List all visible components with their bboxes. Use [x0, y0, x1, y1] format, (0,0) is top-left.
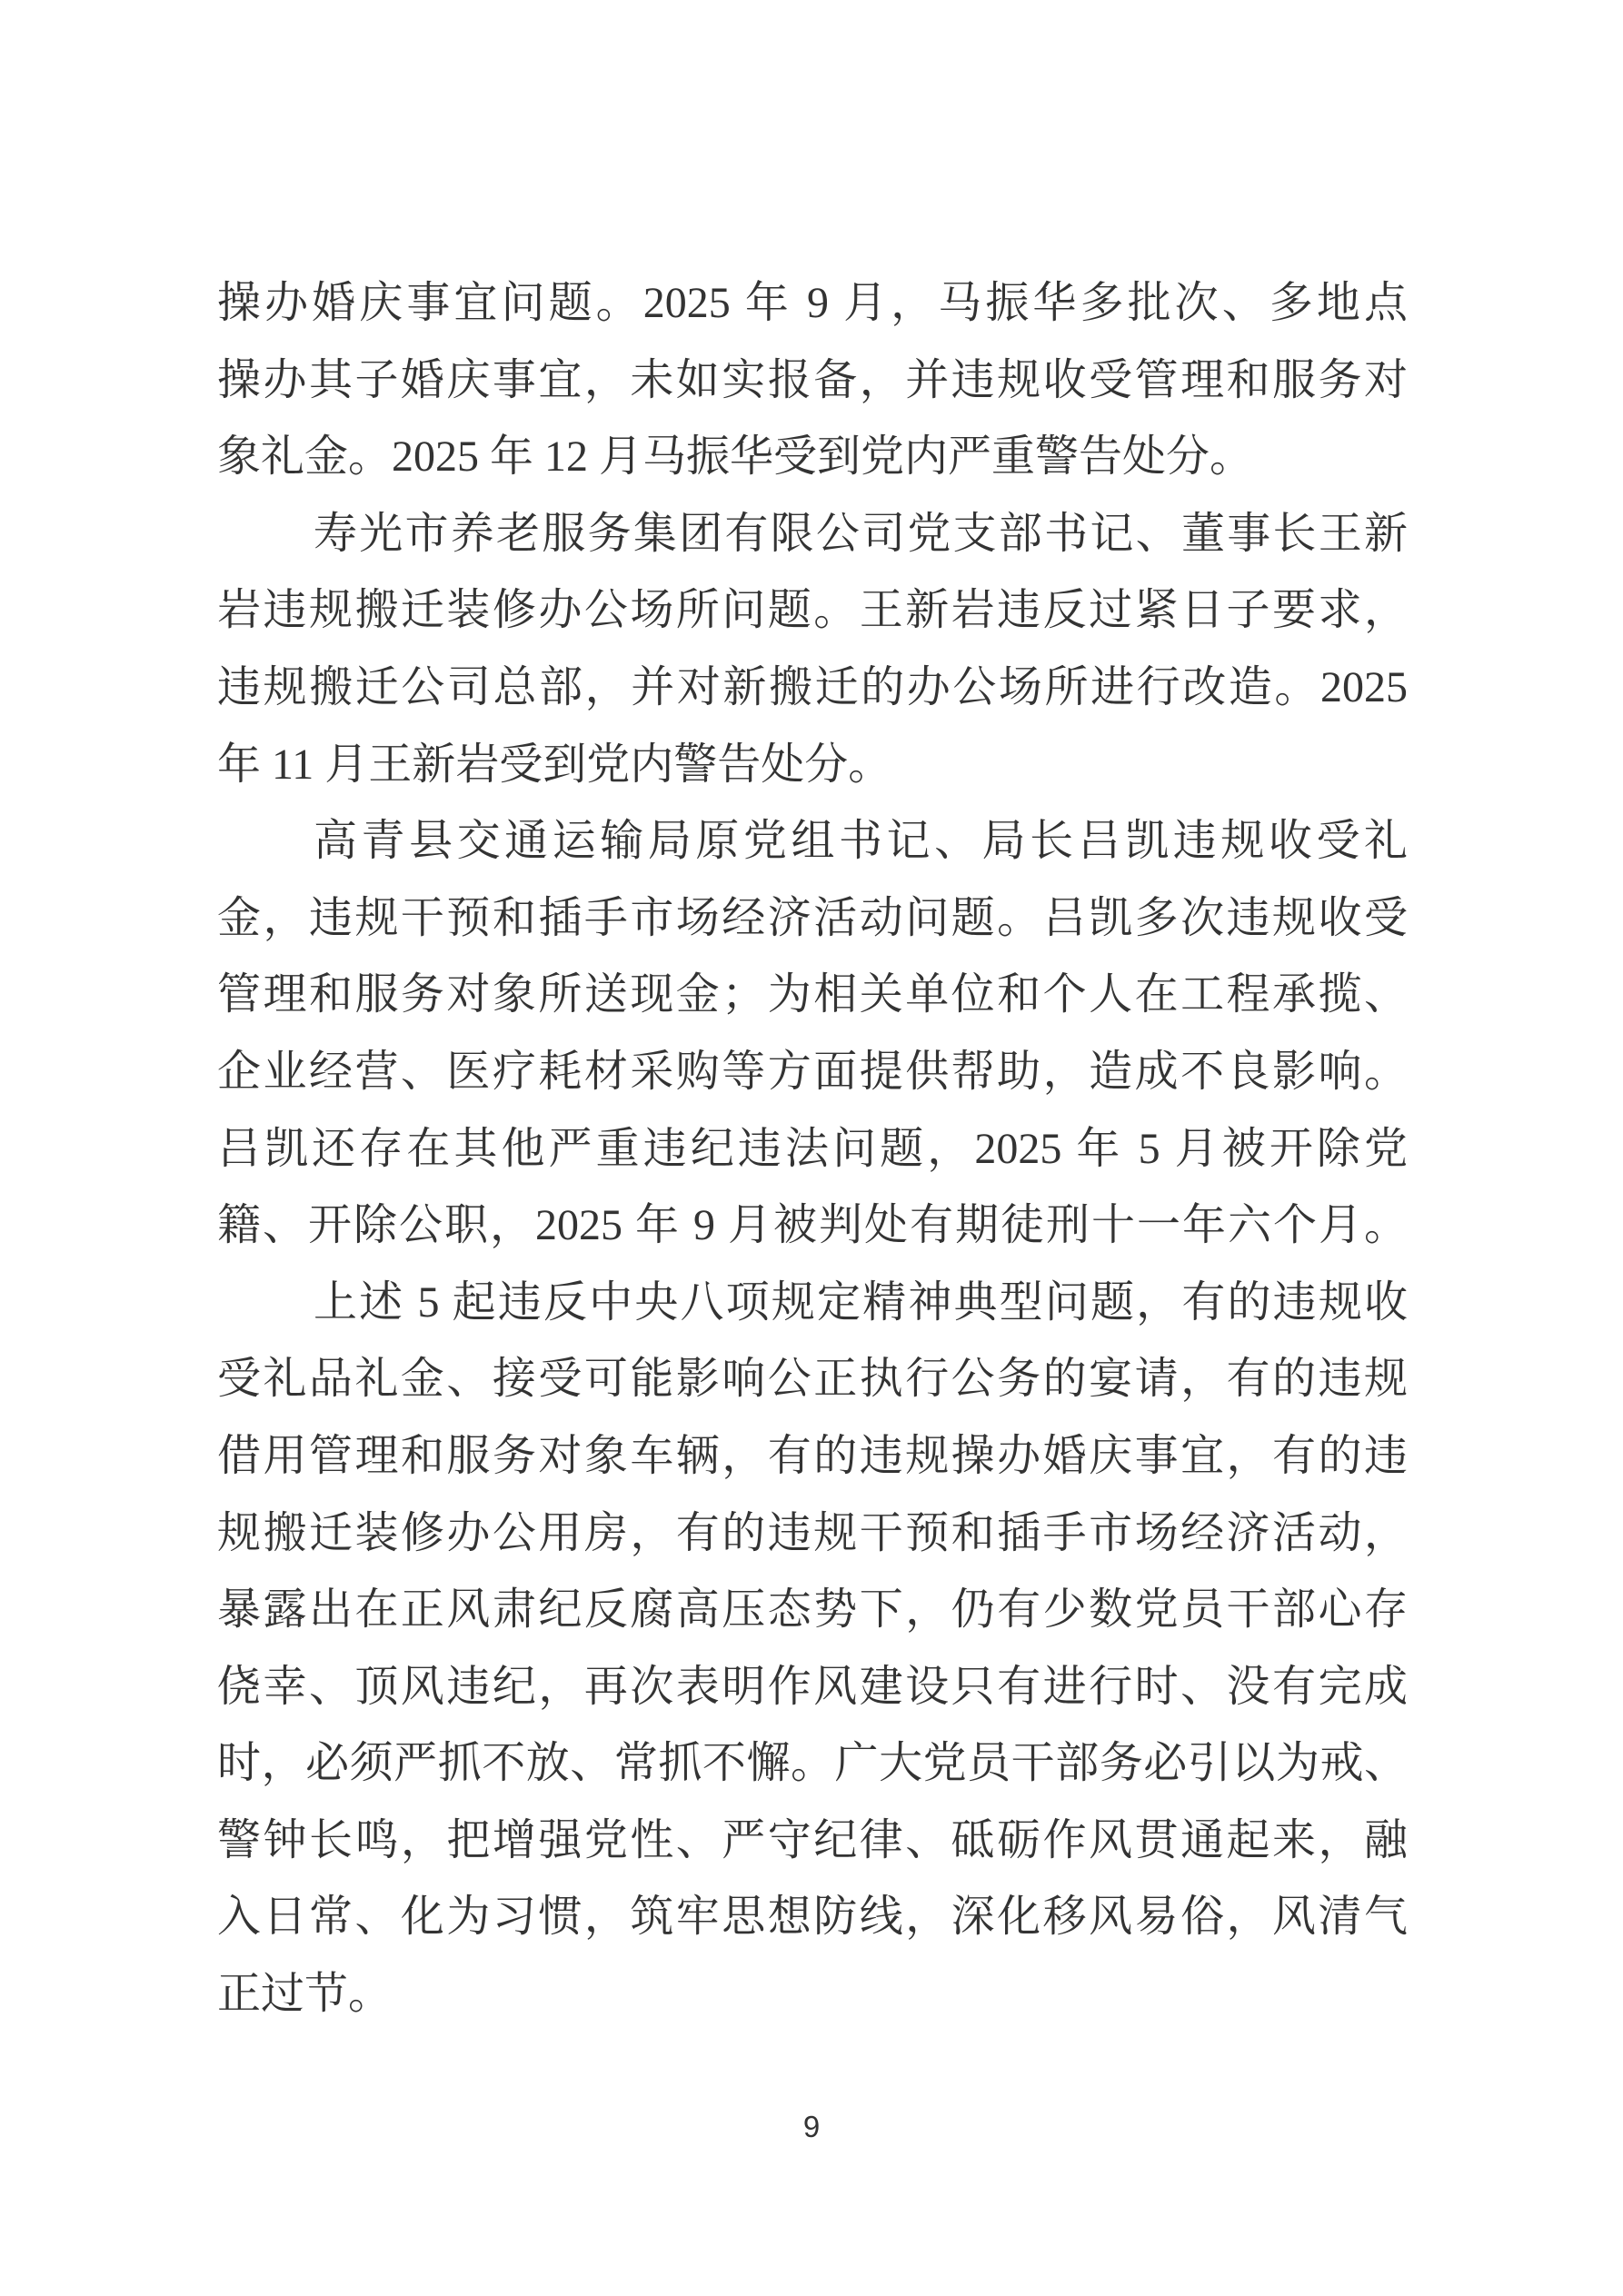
document-body: 操办婚庆事宜问题。2025 年 9 月，马振华多批次、多地点 操办其子婚庆事宜，… [217, 265, 1408, 2033]
document-page: 操办婚庆事宜问题。2025 年 9 月，马振华多批次、多地点 操办其子婚庆事宜，… [0, 0, 1623, 2296]
text-line: 上述 5 起违反中央八项规定精神典型问题，有的违规收 [217, 1265, 1408, 1342]
text-line: 侥幸、顶风违纪，再次表明作风建设只有进行时、没有完成 [217, 1649, 1408, 1726]
page-footer: 9 [0, 2110, 1623, 2144]
text-line: 寿光市养老服务集团有限公司党支部书记、董事长王新 [217, 496, 1408, 573]
text-line: 借用管理和服务对象车辆，有的违规操办婚庆事宜，有的违 [217, 1418, 1408, 1496]
text-line: 时，必须严抓不放、常抓不懈。广大党员干部务必引以为戒、 [217, 1725, 1408, 1803]
text-line: 操办其子婚庆事宜，未如实报备，并违规收受管理和服务对 [217, 343, 1408, 420]
text-line: 籍、开除公职，2025 年 9 月被判处有期徒刑十一年六个月。 [217, 1188, 1408, 1265]
text-line: 吕凯还存在其他严重违纪违法问题，2025 年 5 月被开除党 [217, 1111, 1408, 1188]
text-line: 管理和服务对象所送现金；为相关单位和个人在工程承揽、 [217, 957, 1408, 1034]
text-line: 违规搬迁公司总部，并对新搬迁的办公场所进行改造。2025 [217, 650, 1408, 727]
text-line: 入日常、化为习惯，筑牢思想防线，深化移风易俗，风清气 [217, 1879, 1408, 1956]
page-number: 9 [803, 2110, 820, 2143]
text-line: 高青县交通运输局原党组书记、局长吕凯违规收受礼 [217, 803, 1408, 880]
text-line: 暴露出在正风肃纪反腐高压态势下，仍有少数党员干部心存 [217, 1572, 1408, 1649]
text-line: 金，违规干预和插手市场经济活动问题。吕凯多次违规收受 [217, 880, 1408, 958]
text-line: 规搬迁装修办公用房，有的违规干预和插手市场经济活动， [217, 1496, 1408, 1573]
text-line: 受礼品礼金、接受可能影响公正执行公务的宴请，有的违规 [217, 1341, 1408, 1418]
text-line: 企业经营、医疗耗材采购等方面提供帮助，造成不良影响。 [217, 1034, 1408, 1111]
text-line: 操办婚庆事宜问题。2025 年 9 月，马振华多批次、多地点 [217, 265, 1408, 343]
text-line: 正过节。 [217, 1956, 1408, 2033]
text-line: 警钟长鸣，把增强党性、严守纪律、砥砺作风贯通起来，融 [217, 1803, 1408, 1880]
text-line: 岩违规搬迁装修办公场所问题。王新岩违反过紧日子要求， [217, 572, 1408, 650]
text-line: 象礼金。2025 年 12 月马振华受到党内严重警告处分。 [217, 419, 1408, 496]
text-line: 年 11 月王新岩受到党内警告处分。 [217, 727, 1408, 804]
